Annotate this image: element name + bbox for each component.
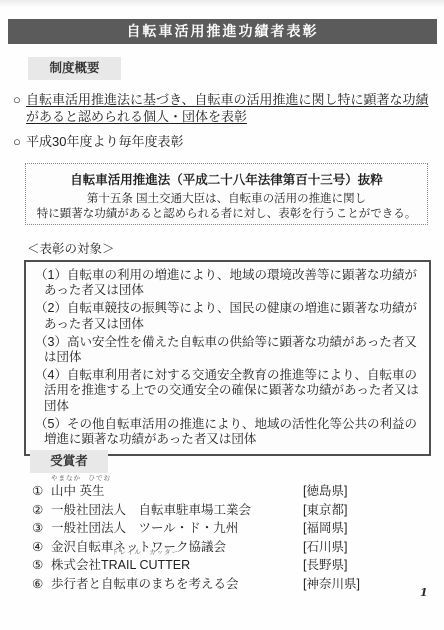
item-number: （1） bbox=[35, 268, 67, 282]
scan-edge-shading bbox=[0, 0, 444, 7]
winner-name-prefix: 一般社団法人 自転車駐車場工業会 bbox=[51, 503, 251, 517]
award-target-item: （2）自転車競技の振興等により、国民の健康の増進に顕著な功績があった者又は団体 bbox=[35, 301, 420, 331]
winner-number: ① bbox=[32, 482, 51, 500]
winner-name-prefix: 歩行者と自転車のまちを考える会 bbox=[51, 577, 239, 591]
bullet-text-line: があると認められる個人・団体を表彰 bbox=[26, 109, 247, 124]
winner-prefecture: [東京都] bbox=[303, 501, 347, 519]
item-text: 高い安全性を備えた自転車の供給等に顕著な功績があった者又は団体 bbox=[44, 335, 417, 364]
winner-row: ⑤株式会社トレイル カッターTRAIL CUTTER [長野県] bbox=[32, 556, 432, 574]
circle-bullet-icon: ○ bbox=[13, 133, 26, 150]
item-number: （5） bbox=[35, 417, 67, 431]
furigana: トレイル カッター bbox=[101, 550, 190, 557]
award-target-box: （1）自転車の利用の増進により、地域の環境改善等に顕著な功績があった者又は団体 … bbox=[24, 260, 431, 456]
winner-prefecture: [長野県] bbox=[303, 556, 347, 574]
item-text: 自転車利用者に対する交通安全教育の推進等により、自転車の活用を推進する上での交通… bbox=[44, 368, 419, 412]
winner-prefecture: [徳島県] bbox=[303, 482, 347, 500]
winner-name: 一般社団法人 自転車駐車場工業会 bbox=[51, 503, 251, 517]
section-label-overview: 制度概要 bbox=[28, 57, 121, 80]
winner-number: ③ bbox=[32, 519, 51, 537]
law-excerpt-line: 特に顕著な功績があると認められる者に対し、表彰を行うことができる。 bbox=[26, 207, 427, 222]
winner-name-prefix: 一般社団法人 ツール・ド・九州 bbox=[51, 521, 238, 535]
winner-number: ④ bbox=[32, 538, 51, 556]
page-number: 1 bbox=[420, 586, 428, 599]
award-target-item: （3）高い安全性を備えた自転車の供給等に顕著な功績があった者又は団体 bbox=[35, 335, 420, 365]
item-text: 自転車の利用の増進により、地域の環境改善等に顕著な功績があった者又は団体 bbox=[44, 268, 417, 297]
item-text: その他自転車活用の推進により、地域の活性化等公共の利益の増進に顕著な功績があった… bbox=[44, 417, 417, 446]
item-number: （3） bbox=[35, 335, 67, 349]
section-label-winners: 受賞者 bbox=[30, 450, 108, 473]
item-number: （4） bbox=[35, 368, 67, 382]
winner-name: やまなか ひでお山中 英生 bbox=[51, 484, 104, 498]
winner-row: ③一般社団法人 ツール・ド・九州 [福岡県] bbox=[32, 519, 432, 537]
bullet-text-line: 自転車活用推進法に基づき、自転車の活用推進に関し特に顕著な功績 bbox=[26, 92, 428, 107]
winner-number: ② bbox=[32, 501, 51, 519]
award-target-item: （5）その他自転車活用の推進により、地域の活性化等公共の利益の増進に顕著な功績が… bbox=[35, 417, 420, 447]
winner-name: 一般社団法人 ツール・ド・九州 bbox=[51, 521, 238, 535]
bullet-text-line: 平成30年度より毎年度表彰 bbox=[26, 134, 183, 149]
winner-name: 歩行者と自転車のまちを考える会 bbox=[51, 577, 239, 591]
bullet-overview-2: ○ 平成30年度より毎年度表彰 bbox=[13, 133, 435, 150]
winner-row: ④金沢自転車ネットワーク協議会 [石川県] bbox=[32, 538, 432, 556]
bullet-overview-1: ○ 自転車活用推進法に基づき、自転車の活用推進に関し特に顕著な功績 があると認め… bbox=[13, 91, 435, 125]
item-number: （2） bbox=[35, 301, 67, 315]
document-page: 自転車活用推進功績者表彰 制度概要 ○ 自転車活用推進法に基づき、自転車の活用推… bbox=[0, 0, 444, 630]
winner-number: ⑥ bbox=[32, 575, 51, 593]
winner-name-ruby-base: TRAIL CUTTER bbox=[101, 558, 190, 572]
page-title: 自転車活用推進功績者表彰 bbox=[8, 19, 437, 44]
law-excerpt-line: 第十五条 国土交通大臣は、自転車の活用の推進に関し bbox=[26, 192, 427, 207]
circle-bullet-icon: ○ bbox=[13, 91, 26, 108]
law-excerpt-box: 自転車活用推進法（平成二十八年法律第百十三号）抜粋 第十五条 国土交通大臣は、自… bbox=[25, 163, 428, 225]
winner-name-ruby-base: 山中 英生 bbox=[51, 484, 104, 498]
winner-prefecture: [石川県] bbox=[303, 538, 347, 556]
winner-name-prefix: 株式会社 bbox=[51, 558, 101, 572]
award-target-item: （4）自転車利用者に対する交通安全教育の推進等により、自転車の活用を推進する上で… bbox=[35, 368, 420, 414]
item-text: 自転車競技の振興等により、国民の健康の増進に顕著な功績があった者又は団体 bbox=[44, 301, 417, 330]
award-target-heading: ＜表彰の対象＞ bbox=[27, 239, 115, 257]
winner-prefecture: [福岡県] bbox=[303, 519, 347, 537]
award-target-item: （1）自転車の利用の増進により、地域の環境改善等に顕著な功績があった者又は団体 bbox=[35, 268, 420, 298]
winner-row: ①やまなか ひでお山中 英生 [徳島県] bbox=[32, 482, 432, 500]
winner-number: ⑤ bbox=[32, 556, 51, 574]
winner-prefecture: [神奈川県] bbox=[303, 575, 360, 593]
winner-name: 株式会社トレイル カッターTRAIL CUTTER bbox=[51, 558, 190, 572]
winner-row: ②一般社団法人 自転車駐車場工業会 [東京都] bbox=[32, 501, 432, 519]
law-excerpt-title: 自転車活用推進法（平成二十八年法律第百十三号）抜粋 bbox=[26, 170, 427, 188]
furigana: やまなか ひでお bbox=[51, 476, 104, 483]
winner-row: ⑥歩行者と自転車のまちを考える会 [神奈川県] bbox=[32, 575, 432, 593]
